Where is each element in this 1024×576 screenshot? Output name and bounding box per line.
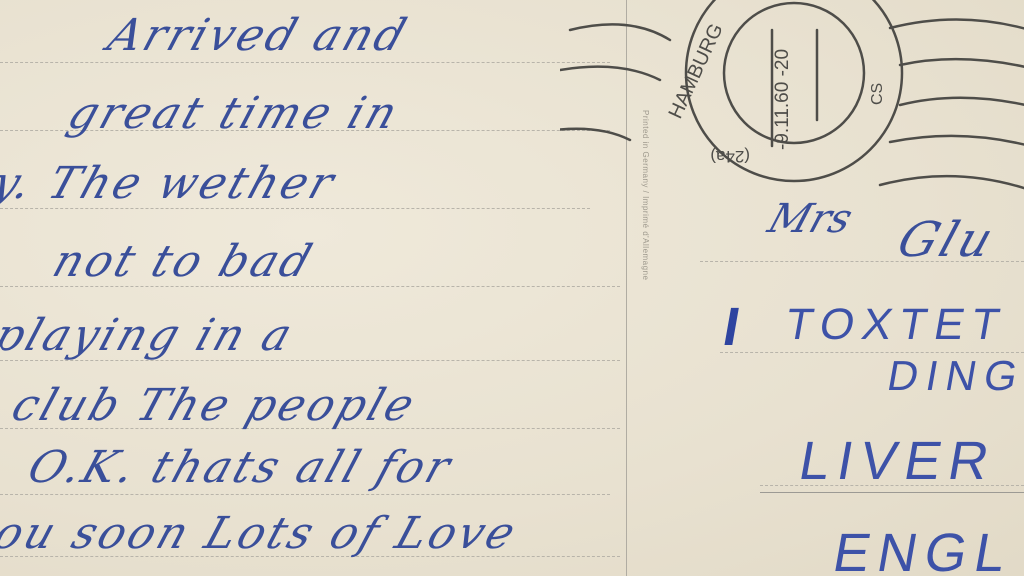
message-line: great time in (62, 88, 407, 139)
address-line4: ENGL (829, 522, 1019, 576)
address-name: Glu (891, 212, 1003, 268)
message-line: playing in a (0, 310, 301, 361)
ruled-line (0, 62, 610, 63)
svg-text:-9.11.60 -20: -9.11.60 -20 (772, 49, 793, 150)
svg-text:(24a): (24a) (710, 147, 750, 166)
address-line1: TOXTET (782, 300, 1012, 350)
message-line: club The people (6, 380, 423, 431)
svg-text:HAMBURG: HAMBURG (665, 20, 728, 122)
message-line: ou soon Lots of Love (0, 508, 524, 559)
postmark-icon: HAMBURG (24a) -9.11.60 -20 CS (560, 0, 1024, 220)
address-salutation: Mrs (763, 196, 859, 242)
message-line: Arrived and (102, 10, 415, 61)
address-marker: I (719, 296, 753, 358)
message-line: O.K. thats all for (22, 442, 460, 493)
ruled-line (0, 494, 610, 495)
postcard: Printed in Germany / Imprimé d'Allemagne… (0, 0, 1024, 576)
svg-text:CS: CS (869, 83, 886, 105)
address-line2: DING (884, 352, 1024, 400)
address-line3: LIVER (795, 430, 1002, 492)
message-line: not to bad (47, 236, 321, 287)
message-line: y. The wether (0, 158, 343, 209)
address-line (760, 492, 1024, 493)
